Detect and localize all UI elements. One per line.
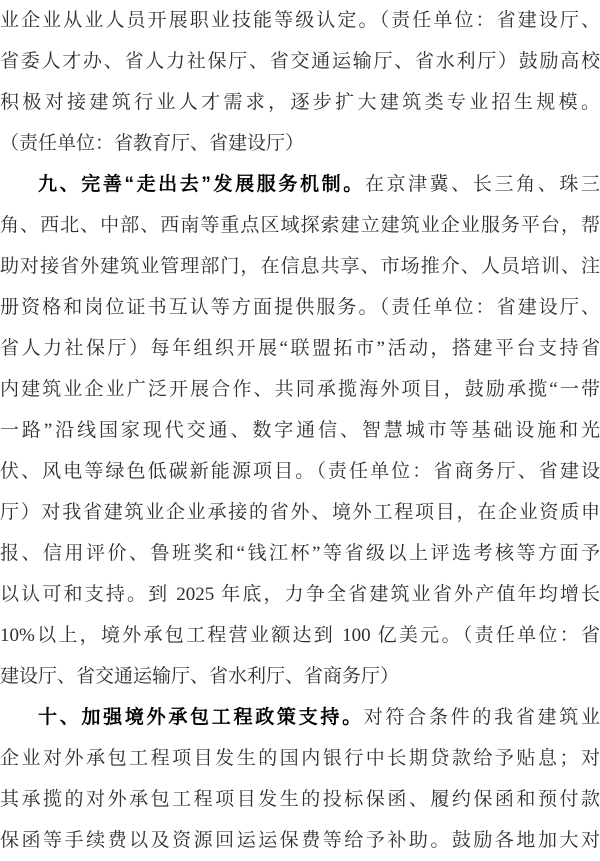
body-text: 10%以上，境外承包工程营业额达到 100 亿美元。 xyxy=(0,625,463,646)
responsibility-note: （责任单位：省建设厅、 xyxy=(380,10,600,31)
text-line: 一路”沿线国家现代交通、数字通信、智慧城市等基础设施和光 xyxy=(0,410,600,451)
section-heading: 九、完善“走出去”发展服务机制。 xyxy=(38,174,365,195)
body-text: 角、西北、中部、西南等重点区域探索建立建筑业企业服务平台，帮 xyxy=(0,215,600,236)
body-text: 鼓励高校 xyxy=(519,51,600,72)
text-line: 企业对外承包工程项目发生的国内银行中长期贷款给予贴息；对 xyxy=(0,738,600,779)
text-line: 十、加强境外承包工程政策支持。对符合条件的我省建筑业 xyxy=(0,697,600,738)
body-text: 对我省建筑业企业承接的省外、境外工程项目，在企业资质申 xyxy=(42,502,600,523)
responsibility-note: （责任单位：省商务厅、省建设 xyxy=(316,461,600,482)
document-lines: 业企业从业人员开展职业技能等级认定。（责任单位：省建设厅、省委人才办、省人力社保… xyxy=(0,0,600,861)
body-text: 伏、风电等绿色低碳新能源项目。 xyxy=(0,461,316,482)
text-line: 厅）对我省建筑业企业承接的省外、境外工程项目，在企业资质申 xyxy=(0,492,600,533)
responsibility-note: 厅） xyxy=(0,502,42,523)
body-text: 在京津冀、长三角、珠三 xyxy=(365,174,600,195)
body-text: 内建筑业企业广泛开展合作、共同承揽海外项目，鼓励承揽“一带 xyxy=(0,379,600,400)
body-text: 一路”沿线国家现代交通、数字通信、智慧城市等基础设施和光 xyxy=(0,420,600,441)
body-text: 保函等手续费以及资源回运运保费等给予补助。鼓励各地加大对 xyxy=(0,830,600,851)
text-line: 九、完善“走出去”发展服务机制。在京津冀、长三角、珠三 xyxy=(0,164,600,205)
body-text: 积极对接建筑行业人才需求，逐步扩大建筑类专业招生规模。 xyxy=(0,92,600,113)
document-page: 业企业从业人员开展职业技能等级认定。（责任单位：省建设厅、省委人才办、省人力社保… xyxy=(0,0,600,861)
body-text: 以认可和支持。到 2025 年底，力争全省建筑业省外产值年均增长 xyxy=(0,584,600,605)
text-line: 报、信用评价、鲁班奖和“钱江杯”等省级以上评选考核等方面予 xyxy=(0,533,600,574)
body-text: 每年组织开展“联盟拓市”活动，搭建平台支持省 xyxy=(151,338,600,359)
text-line: 以认可和支持。到 2025 年底，力争全省建筑业省外产值年均增长 xyxy=(0,574,600,615)
body-text: 报、信用评价、鲁班奖和“钱江杯”等省级以上评选考核等方面予 xyxy=(0,543,600,564)
body-text: 对符合条件的我省建筑业 xyxy=(364,707,600,728)
text-line: 建设厅、省交通运输厅、省水利厅、省商务厅） xyxy=(0,656,600,697)
text-line: （责任单位：省教育厅、省建设厅） xyxy=(0,123,600,164)
responsibility-note: 建设厅、省交通运输厅、省水利厅、省商务厅） xyxy=(0,666,399,687)
body-text: 助对接省外建筑业管理部门，在信息共享、市场推介、人员培训、注 xyxy=(0,256,600,277)
responsibility-note: 省人力社保厅） xyxy=(0,338,151,359)
text-line: 册资格和岗位证书互认等方面提供服务。（责任单位：省建设厅、 xyxy=(0,287,600,328)
text-line: 角、西北、中部、西南等重点区域探索建立建筑业企业服务平台，帮 xyxy=(0,205,600,246)
section-heading: 十、加强境外承包工程政策支持。 xyxy=(38,707,364,728)
responsibility-note: （责任单位：省 xyxy=(463,625,600,646)
text-line: 伏、风电等绿色低碳新能源项目。（责任单位：省商务厅、省建设 xyxy=(0,451,600,492)
text-line: 积极对接建筑行业人才需求，逐步扩大建筑类专业招生规模。 xyxy=(0,82,600,123)
text-line: 10%以上，境外承包工程营业额达到 100 亿美元。（责任单位：省 xyxy=(0,615,600,656)
text-line: 助对接省外建筑业管理部门，在信息共享、市场推介、人员培训、注 xyxy=(0,246,600,287)
body-text: 册资格和岗位证书互认等方面提供服务。 xyxy=(0,297,380,318)
text-line: 业企业从业人员开展职业技能等级认定。（责任单位：省建设厅、 xyxy=(0,0,600,41)
text-line: 省委人才办、省人力社保厅、省交通运输厅、省水利厅）鼓励高校 xyxy=(0,41,600,82)
body-text: 业企业从业人员开展职业技能等级认定。 xyxy=(0,10,380,31)
body-text: 企业对外承包工程项目发生的国内银行中长期贷款给予贴息；对 xyxy=(0,748,600,769)
text-line: 保函等手续费以及资源回运运保费等给予补助。鼓励各地加大对 xyxy=(0,820,600,861)
text-line: 内建筑业企业广泛开展合作、共同承揽海外项目，鼓励承揽“一带 xyxy=(0,369,600,410)
responsibility-note: 省委人才办、省人力社保厅、省交通运输厅、省水利厅） xyxy=(0,51,519,72)
text-line: 其承揽的对外承包工程项目发生的投标保函、履约保函和预付款 xyxy=(0,779,600,820)
text-line: 省人力社保厅）每年组织开展“联盟拓市”活动，搭建平台支持省 xyxy=(0,328,600,369)
responsibility-note: （责任单位：省建设厅、 xyxy=(380,297,600,318)
body-text: 其承揽的对外承包工程项目发生的投标保函、履约保函和预付款 xyxy=(0,789,600,810)
responsibility-note: （责任单位：省教育厅、省建设厅） xyxy=(0,133,304,154)
